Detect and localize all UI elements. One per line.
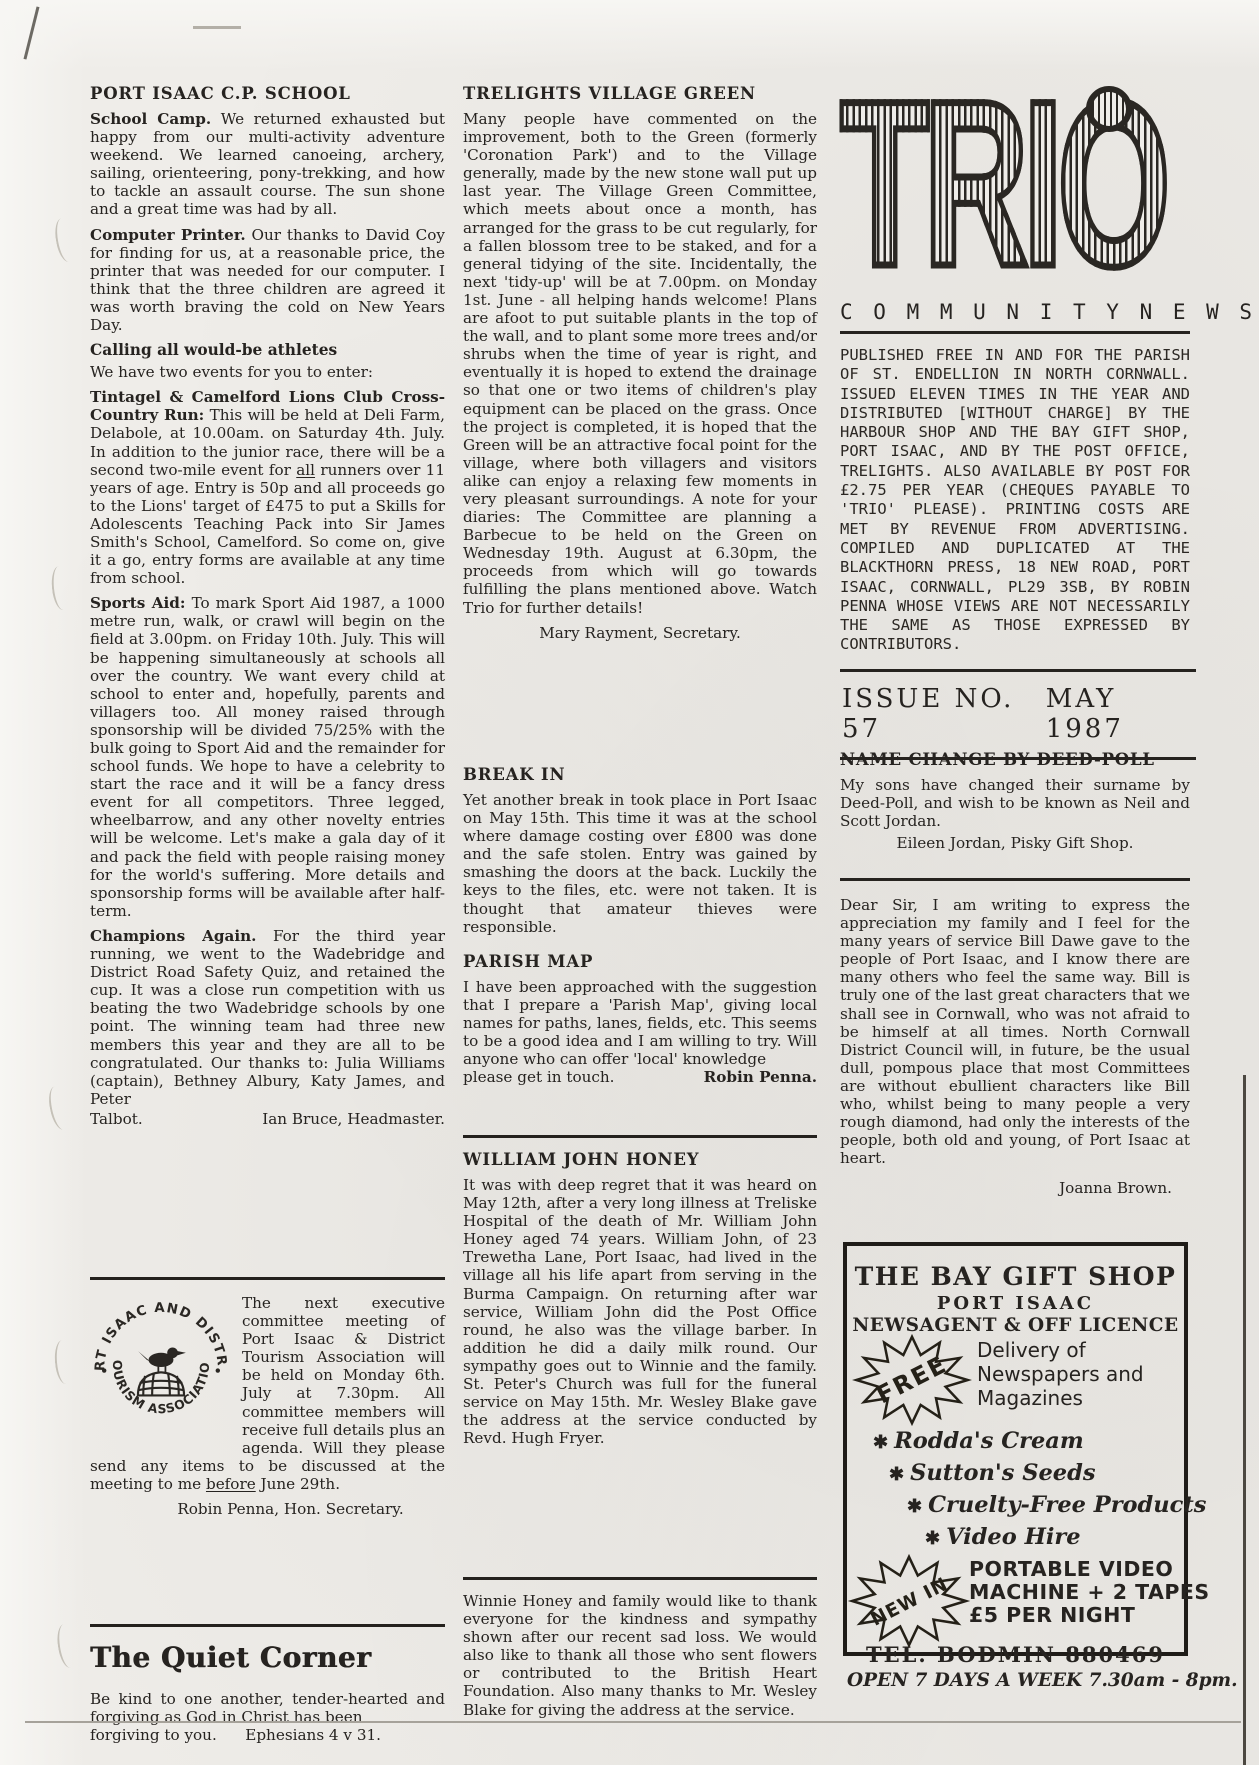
article-break-in: BREAK IN Yet another break in took place…: [463, 765, 817, 943]
bird-icon: [138, 1347, 186, 1373]
emblem-dot: [102, 1368, 106, 1372]
paragraph-lead: Sports Aid:: [90, 594, 186, 612]
signature: Ian Bruce, Headmaster.: [262, 1110, 445, 1128]
trio-logo: TRIO: [840, 84, 1190, 296]
scan-mark-curve: [50, 565, 73, 611]
video-offer-text: PORTABLE VIDEO MACHINE + 2 TAPES £5 PER …: [969, 1558, 1210, 1627]
scripture-reference: Ephesians 4 v 31.: [245, 1726, 381, 1744]
scan-edge-right: [1243, 1075, 1246, 1765]
product-item: ✱Sutton's Seeds: [889, 1458, 1184, 1490]
signature: Eileen Jordan, Pisky Gift Shop.: [840, 834, 1190, 852]
article-title: PORT ISAAC C.P. SCHOOL: [90, 84, 445, 103]
paragraph-lead: Champions Again.: [90, 927, 256, 945]
paragraph-text: please get in touch.: [463, 1068, 614, 1086]
product-item: ✱Rodda's Cream: [873, 1426, 1184, 1458]
quiet-corner-title: The Quiet Corner: [90, 1641, 445, 1674]
parish-map-paragraph: I have been approached with the suggesti…: [463, 978, 817, 1068]
article-port-isaac-school: PORT ISAAC C.P. SCHOOL School Camp. We r…: [90, 84, 445, 1270]
break-in-paragraph: Yet another break in took place in Port …: [463, 791, 817, 936]
quiet-corner-text: Be kind to one another, tender-hearted a…: [90, 1690, 445, 1726]
delivery-line: Delivery of: [977, 1338, 1144, 1362]
champions-paragraph: Champions Again. For the third year runn…: [90, 927, 445, 1108]
signature-line: Talbot. Ian Bruce, Headmaster.: [90, 1110, 445, 1128]
school-camp-paragraph: School Camp. We returned exhausted but h…: [90, 110, 445, 219]
signature: Mary Rayment, Secretary.: [463, 624, 817, 642]
athletes-intro: We have two events for you to enter:: [90, 363, 445, 381]
delivery-line: Magazines: [977, 1386, 1144, 1410]
paragraph-text: runners over 11 years of age. Entry is 5…: [90, 461, 445, 588]
tourism-association-logo: PORT ISAAC AND DISTRICT TOURISM ASSOCIAT…: [90, 1296, 232, 1438]
sports-aid-paragraph: Sports Aid: To mark Sport Aid 1987, a 10…: [90, 594, 445, 920]
signature: Joanna Brown.: [840, 1179, 1172, 1197]
delivery-text: Delivery of Newspapers and Magazines: [977, 1338, 1144, 1410]
delivery-line: Newspapers and: [977, 1362, 1144, 1386]
article-title: BREAK IN: [463, 765, 817, 784]
issue-number: ISSUE NO. 57: [842, 684, 1046, 744]
paragraph-text: June 29th.: [261, 1475, 341, 1493]
signature: Robin Penna, Hon. Secretary.: [90, 1500, 445, 1518]
paragraph-text: For the third year running, we went to t…: [90, 927, 445, 1108]
product-name: Cruelty-Free Products: [928, 1492, 1206, 1518]
article-william-john-honey: WILLIAM JOHN HONEY It was with deep regr…: [463, 1135, 817, 1454]
thanks-paragraph: Winnie Honey and family would like to th…: [463, 1592, 817, 1719]
video-offer-line: PORTABLE VIDEO: [969, 1558, 1210, 1581]
masthead: TRIO C O M M U N I T Y N E W S L E T T E…: [840, 84, 1190, 334]
product-list: ✱Rodda's Cream ✱Sutton's Seeds ✱Cruelty-…: [847, 1426, 1184, 1554]
name-change-paragraph: My sons have changed their surname by De…: [840, 776, 1190, 830]
advert-opening-hours: OPEN 7 DAYS A WEEK 7.30am - 8pm.: [847, 1670, 1184, 1691]
star-bullet-icon: ✱: [925, 1528, 940, 1549]
article-title: TRELIGHTS VILLAGE GREEN: [463, 84, 817, 103]
parish-map-last-line: please get in touch. Robin Penna.: [463, 1068, 817, 1086]
scan-mark-top-left: [24, 6, 40, 59]
product-item: ✱Cruelty-Free Products: [907, 1490, 1184, 1522]
free-badge-text: FREE: [872, 1350, 952, 1409]
tourism-association-notice: PORT ISAAC AND DISTRICT TOURISM ASSOCIAT…: [90, 1277, 445, 1518]
emblem-dot: [216, 1368, 220, 1372]
cross-country-paragraph: Tintagel & Camelford Lions Club Cross-Co…: [90, 388, 445, 587]
star-bullet-icon: ✱: [889, 1464, 904, 1485]
paragraph-lead: School Camp.: [90, 110, 211, 128]
advert-title: THE BAY GIFT SHOP: [847, 1262, 1184, 1291]
scan-mark-curve: [46, 1085, 73, 1132]
new-in-starburst-icon: NEW IN: [847, 1552, 971, 1650]
scan-mark-curve: [52, 217, 77, 263]
article-name-change: NAME CHANGE BY DEED-POLL My sons have ch…: [840, 750, 1190, 881]
computer-printer-paragraph: Computer Printer. Our thanks to David Co…: [90, 226, 445, 335]
scan-mark-dash: [193, 26, 241, 29]
advert-location: PORT ISAAC: [847, 1293, 1184, 1314]
video-offer-line: £5 PER NIGHT: [969, 1604, 1210, 1627]
paragraph-lead: Computer Printer.: [90, 226, 246, 244]
athletes-heading: Calling all would-be athletes: [90, 341, 445, 359]
free-starburst-icon: FREE: [851, 1332, 973, 1428]
product-item: ✱Video Hire: [925, 1522, 1184, 1554]
publication-info: PUBLISHED FREE IN AND FOR THE PARISH OF …: [840, 346, 1190, 655]
article-trelights-village-green: TRELIGHTS VILLAGE GREEN Many people have…: [463, 84, 817, 642]
underlined-word: all: [296, 461, 315, 479]
product-name: Sutton's Seeds: [910, 1460, 1095, 1486]
article-parish-map: PARISH MAP I have been approached with t…: [463, 952, 817, 1087]
paragraph-text: Talbot.: [90, 1110, 143, 1128]
star-bullet-icon: ✱: [873, 1432, 888, 1453]
new-in-row: NEW IN PORTABLE VIDEO MACHINE + 2 TAPES …: [847, 1558, 1184, 1640]
issue-bar: ISSUE NO. 57 MAY 1987: [840, 669, 1196, 760]
video-offer-line: MACHINE + 2 TAPES: [969, 1581, 1210, 1604]
issue-date: MAY 1987: [1046, 684, 1192, 744]
scan-mark-curve: [55, 1623, 80, 1669]
paragraph-text: forgiving to you.: [90, 1726, 217, 1744]
underlined-word: before: [206, 1475, 256, 1493]
trelights-paragraph: Many people have commented on the improv…: [463, 110, 817, 617]
scan-mark-curve: [53, 1339, 75, 1384]
product-name: Rodda's Cream: [894, 1428, 1084, 1454]
letter-to-editor: Dear Sir, I am writing to express the ap…: [840, 896, 1190, 1197]
trio-logo-dot: [1086, 86, 1132, 132]
honey-obituary-paragraph: It was with deep regret that it was hear…: [463, 1176, 817, 1447]
quiet-corner-last-line: forgiving to you. Ephesians 4 v 31.: [90, 1726, 445, 1744]
paragraph-text: To mark Sport Aid 1987, a 1000 metre run…: [90, 594, 445, 920]
article-title: WILLIAM JOHN HONEY: [463, 1150, 817, 1169]
star-bullet-icon: ✱: [907, 1496, 922, 1517]
article-title: PARISH MAP: [463, 952, 817, 971]
lobster-pot-drawing: [138, 1372, 184, 1395]
signature: Robin Penna.: [704, 1068, 817, 1086]
article-title: NAME CHANGE BY DEED-POLL: [840, 750, 1190, 769]
quiet-corner-section: The Quiet Corner Be kind to one another,…: [90, 1624, 445, 1744]
bay-gift-shop-advert: THE BAY GIFT SHOP PORT ISAAC NEWSAGENT &…: [843, 1242, 1188, 1656]
honey-family-thanks: Winnie Honey and family would like to th…: [463, 1577, 817, 1726]
letter-paragraph: Dear Sir, I am writing to express the ap…: [840, 896, 1190, 1167]
newsletter-page: PORT ISAAC C.P. SCHOOL School Camp. We r…: [0, 0, 1259, 1765]
product-name: Video Hire: [946, 1524, 1080, 1550]
free-delivery-row: FREE Delivery of Newspapers and Magazine…: [847, 1336, 1184, 1424]
